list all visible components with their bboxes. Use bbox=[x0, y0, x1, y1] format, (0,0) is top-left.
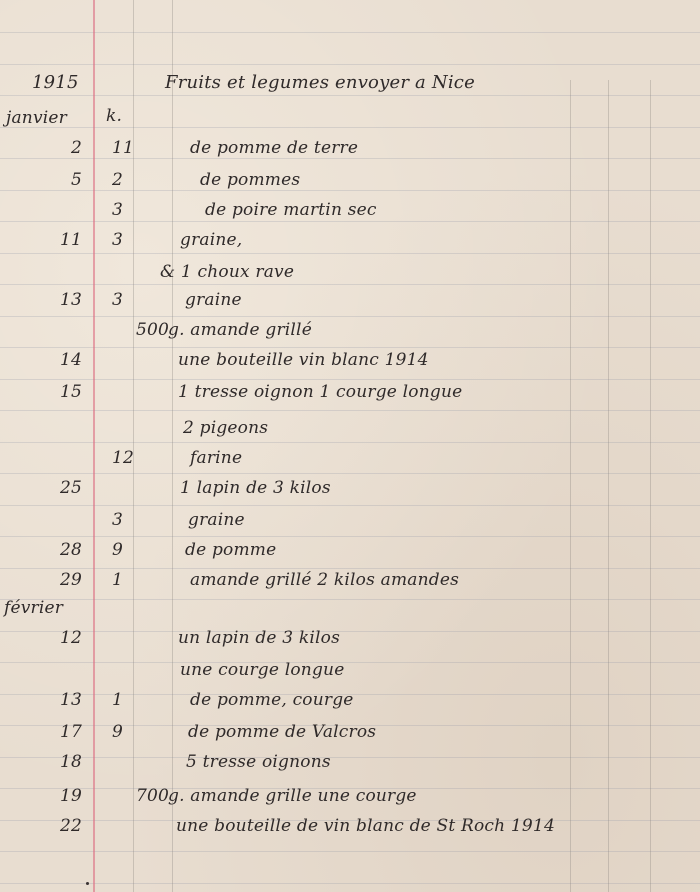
entry-date: 12 bbox=[32, 628, 82, 648]
ruled-line bbox=[0, 505, 700, 506]
entry-item: de pomme, courge bbox=[190, 690, 354, 710]
entry-date: 13 bbox=[32, 290, 82, 310]
entry-item: graine bbox=[185, 290, 242, 310]
entry-item: une courge longue bbox=[180, 660, 344, 680]
column-line-description bbox=[172, 0, 173, 892]
column-line-amount-1 bbox=[570, 80, 571, 892]
unit-header: k. bbox=[106, 106, 122, 126]
ruled-line bbox=[0, 379, 700, 380]
ledger-page: 1915 Fruits et legumes envoyer a Nice ja… bbox=[0, 0, 700, 892]
entry-item: une bouteille vin blanc 1914 bbox=[178, 350, 429, 370]
entry-item: de pomme de Valcros bbox=[188, 722, 376, 742]
entry-date: 29 bbox=[32, 570, 82, 590]
ruled-line bbox=[0, 473, 700, 474]
ruled-line bbox=[0, 190, 700, 191]
column-line-qty bbox=[133, 0, 134, 892]
entry-quantity: 3 bbox=[112, 510, 123, 530]
ruled-line bbox=[0, 221, 700, 222]
ruled-line bbox=[0, 883, 700, 884]
month-label: février bbox=[4, 598, 63, 618]
ruled-line bbox=[0, 64, 700, 65]
ruled-line bbox=[0, 158, 700, 159]
entry-item: graine, bbox=[180, 230, 242, 250]
entry-quantity: 3 bbox=[112, 290, 123, 310]
ruled-line bbox=[0, 32, 700, 33]
month-label: janvier bbox=[6, 108, 67, 128]
entry-item: un lapin de 3 kilos bbox=[178, 628, 340, 648]
ruled-line bbox=[0, 127, 700, 128]
entry-quantity: 9 bbox=[112, 540, 123, 560]
entry-item: g. amande grillé bbox=[168, 320, 312, 340]
ruled-line bbox=[0, 568, 700, 569]
ruled-line bbox=[0, 347, 700, 348]
ink-dot bbox=[86, 882, 89, 885]
ruled-line bbox=[0, 95, 700, 96]
entry-date: 22 bbox=[32, 816, 82, 836]
entry-item: de pomme bbox=[185, 540, 276, 560]
entry-quantity: 3 bbox=[112, 200, 123, 220]
ruled-line bbox=[0, 316, 700, 317]
entry-item: une bouteille de vin blanc de St Roch 19… bbox=[176, 816, 555, 836]
entry-date: 13 bbox=[32, 690, 82, 710]
entry-item: 5 tresse oignons bbox=[186, 752, 331, 772]
entry-quantity: 11 bbox=[112, 138, 134, 158]
entry-quantity: 1 bbox=[112, 690, 123, 710]
entry-date: 19 bbox=[32, 786, 82, 806]
entry-date: 11 bbox=[32, 230, 82, 250]
entry-quantity: 9 bbox=[112, 722, 123, 742]
entry-date: 15 bbox=[32, 382, 82, 402]
entry-item: amande grillé 2 kilos amandes bbox=[190, 570, 459, 590]
entry-item: 1 lapin de 3 kilos bbox=[180, 478, 331, 498]
ruled-line bbox=[0, 851, 700, 852]
year-heading: 1915 bbox=[32, 72, 79, 93]
entry-quantity: 500 bbox=[136, 320, 169, 340]
entry-item: 2 pigeons bbox=[183, 418, 268, 438]
column-line-amount-2 bbox=[608, 80, 609, 892]
ruled-line bbox=[0, 442, 700, 443]
entry-quantity: 1 bbox=[112, 570, 123, 590]
entry-date: 28 bbox=[32, 540, 82, 560]
ruled-line bbox=[0, 410, 700, 411]
ruled-line bbox=[0, 599, 700, 600]
column-line-amount-3 bbox=[650, 80, 651, 892]
entry-item: 1 tresse oignon 1 courge longue bbox=[178, 382, 462, 402]
entry-date: 17 bbox=[32, 722, 82, 742]
entry-item: g. amande grille une courge bbox=[168, 786, 417, 806]
ruled-line bbox=[0, 253, 700, 254]
ruled-line bbox=[0, 536, 700, 537]
ruled-line bbox=[0, 662, 700, 663]
entry-quantity: 12 bbox=[112, 448, 134, 468]
entry-quantity: 2 bbox=[112, 170, 123, 190]
entry-date: 5 bbox=[32, 170, 82, 190]
entry-item: de pomme de terre bbox=[190, 138, 358, 158]
entry-date: 18 bbox=[32, 752, 82, 772]
margin-line bbox=[93, 0, 95, 892]
entry-quantity: 700 bbox=[136, 786, 169, 806]
ruled-line bbox=[0, 631, 700, 632]
entry-item: & 1 choux rave bbox=[160, 262, 294, 282]
entry-item: de poire martin sec bbox=[205, 200, 377, 220]
entry-date: 14 bbox=[32, 350, 82, 370]
entry-date: 25 bbox=[32, 478, 82, 498]
entry-date: 2 bbox=[32, 138, 82, 158]
entry-item: graine bbox=[188, 510, 245, 530]
entry-item: de pommes bbox=[200, 170, 300, 190]
entry-quantity: 3 bbox=[112, 230, 123, 250]
page-title: Fruits et legumes envoyer a Nice bbox=[165, 72, 475, 93]
ruled-line bbox=[0, 284, 700, 285]
ruled-line bbox=[0, 757, 700, 758]
entry-item: farine bbox=[190, 448, 242, 468]
